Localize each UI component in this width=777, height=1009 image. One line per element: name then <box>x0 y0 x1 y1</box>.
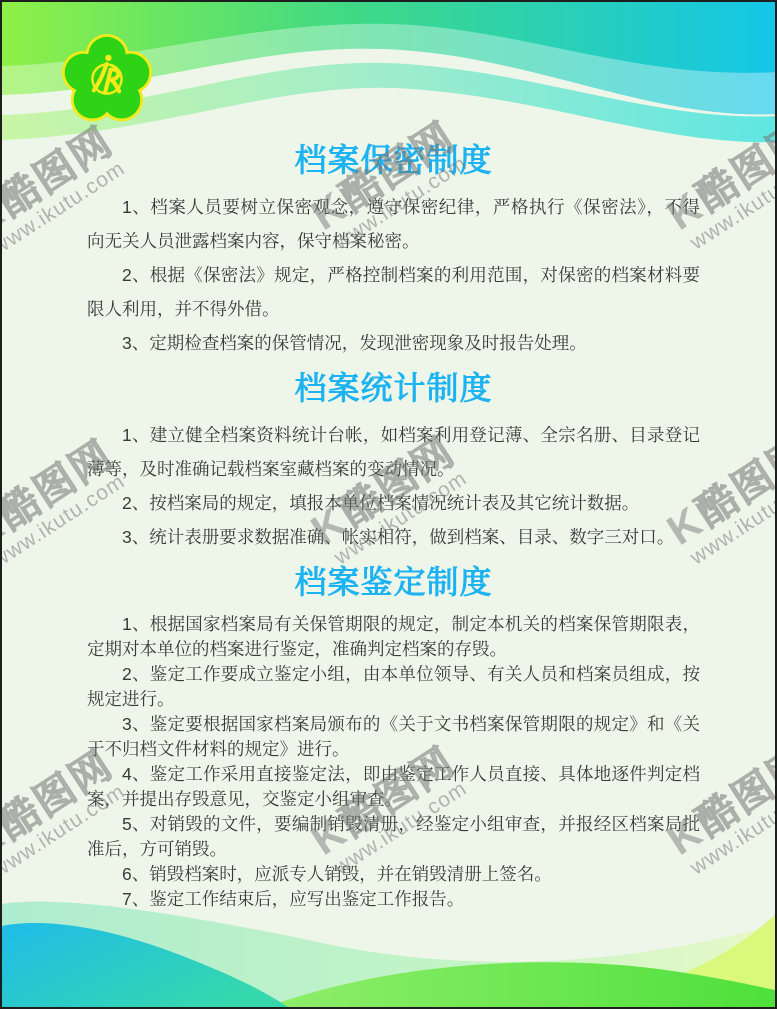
poster-content: 档案保密制度 1、档案人员要树立保密观念，遵守保密纪律，严格执行《保密法》，不得… <box>87 138 700 914</box>
section-title-appraisal: 档案鉴定制度 <box>87 560 700 604</box>
rule-item: 1、档案人员要树立保密观念，遵守保密纪律，严格执行《保密法》，不得向无关人员泄露… <box>87 190 700 258</box>
section-appraisal-rules: 1、根据国家档案局有关保管期限的规定，制定本机关的档案保管期限表，定期对本单位的… <box>87 612 700 912</box>
rule-item: 5、对销毁的文件，要编制销毁清册，经鉴定小组审查，并报经区档案局批准后，方可销毁… <box>87 812 700 862</box>
poster: 档案保密制度 1、档案人员要树立保密观念，遵守保密纪律，严格执行《保密法》，不得… <box>0 0 777 1009</box>
rule-item: 1、根据国家档案局有关保管期限的规定，制定本机关的档案保管期限表，定期对本单位的… <box>87 612 700 662</box>
rule-item: 2、按档案局的规定，填报本单位档案情况统计表及其它统计数据。 <box>87 486 700 520</box>
section-statistics-rules: 1、建立健全档案资料统计台帐，如档案利用登记薄、全宗名册、目录登记薄等，及时准确… <box>87 418 700 554</box>
watermark-logo-glyph: K <box>0 187 13 244</box>
rule-item: 6、销毁档案时，应派专人销毁，并在销毁清册上签名。 <box>87 862 700 887</box>
rule-item: 3、鉴定要根据国家档案局颁布的《关于文书档案保管期限的规定》和《关于不归档文件材… <box>87 712 700 762</box>
section-confidentiality-rules: 1、档案人员要树立保密观念，遵守保密纪律，严格执行《保密法》，不得向无关人员泄露… <box>87 190 700 360</box>
section-title-statistics: 档案统计制度 <box>87 366 700 410</box>
rule-item: 4、鉴定工作采用直接鉴定法，即由鉴定工作人员直接、具体地逐件判定档案，并提出存毁… <box>87 762 700 812</box>
rule-item: 3、定期检查档案的保管情况，发现泄密现象及时报告处理。 <box>87 326 700 360</box>
rule-item: 2、鉴定工作要成立鉴定小组，由本单位领导、有关人员和档案员组成，按规定进行。 <box>87 662 700 712</box>
rule-item: 2、根据《保密法》规定，严格控制档案的利用范围，对保密的档案材料要限人利用，并不… <box>87 258 700 326</box>
rule-item: 1、建立健全档案资料统计台帐，如档案利用登记薄、全宗名册、目录登记薄等，及时准确… <box>87 418 700 486</box>
rule-item: 3、统计表册要求数据准确、帐实相符，做到档案、目录、数字三对口。 <box>87 520 700 554</box>
section-title-confidentiality: 档案保密制度 <box>87 138 700 182</box>
plum-blossom-logo <box>60 30 154 130</box>
rule-item: 7、鉴定工作结束后，应写出鉴定工作报告。 <box>87 887 700 912</box>
